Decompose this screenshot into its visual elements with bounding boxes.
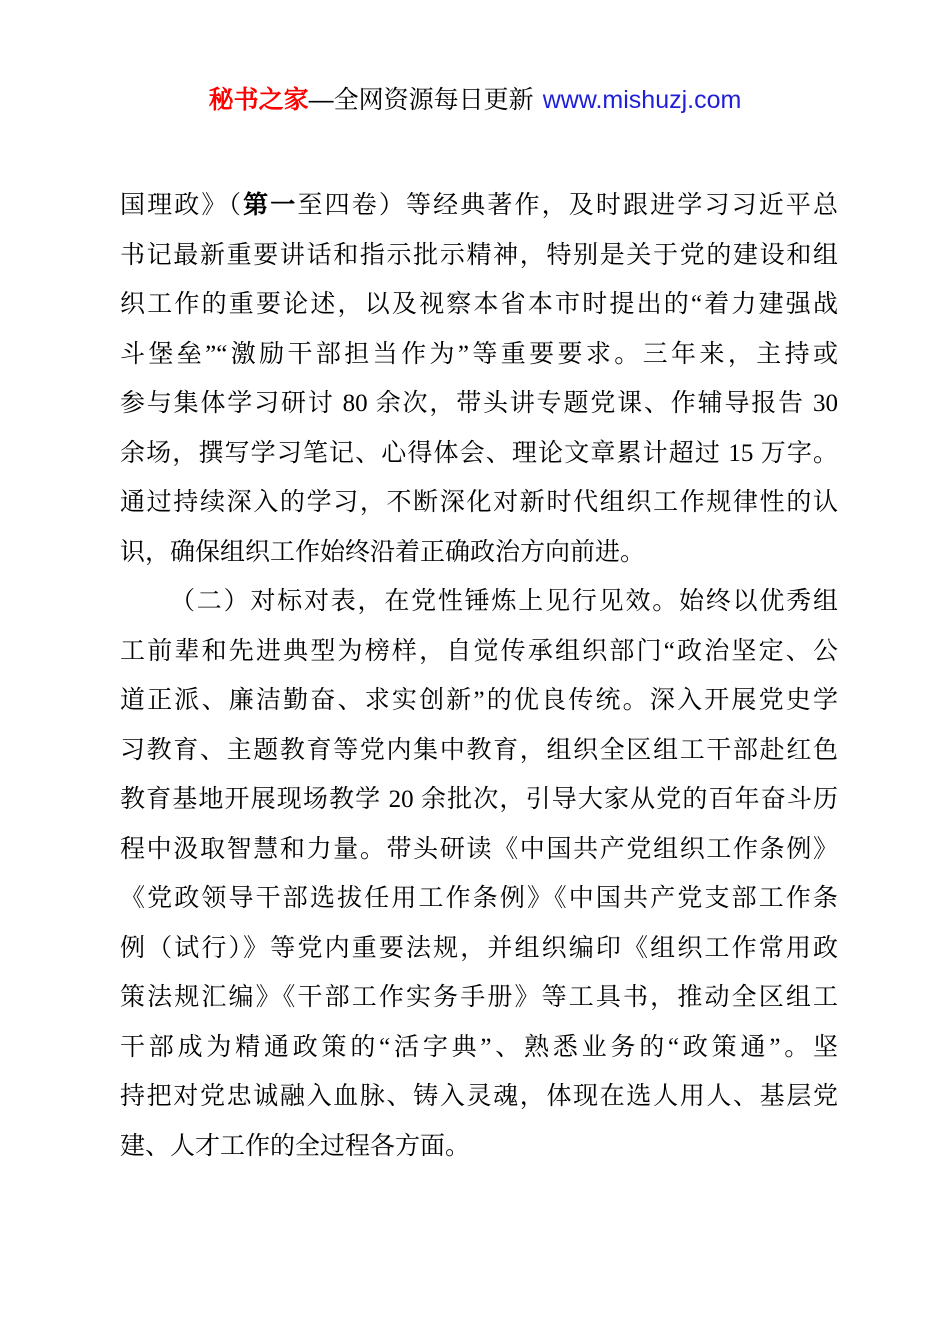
text-segment: 织工作的重要论述，以及视察本省本市时提出的“着力建强战 <box>120 291 838 318</box>
text-line: 例（试行）》等党内重要法规，并组织编印《组织工作常用政 <box>120 924 838 974</box>
text-segment: 参与集体学习研讨 80 余次，带头讲专题党课、作辅导报告 30 <box>120 390 838 417</box>
text-segment: 道正派、廉洁勤奋、求实创新”的优良传统。深入开展党史学 <box>120 687 838 714</box>
text-segment: 至四卷）等经典著作，及时跟进学习习近平总 <box>297 192 838 219</box>
text-segment: 例（试行）》等党内重要法规，并组织编印《组织工作常用政 <box>120 935 838 962</box>
text-line: 织工作的重要论述，以及视察本省本市时提出的“着力建强战 <box>120 280 838 330</box>
text-line: 斗堡垒”“激励干部担当作为”等重要要求。三年来，主持或 <box>120 330 838 380</box>
text-segment: 识，确保组织工作始终沿着正确政治方向前进。 <box>120 539 645 566</box>
text-line: （二）对标对表，在党性锤炼上见行见效。始终以优秀组 <box>120 577 838 627</box>
text-segment: 国理政》（ <box>120 192 243 219</box>
text-line: 《党政领导干部选拔任用工作条例》《中国共产党支部工作条 <box>120 874 838 924</box>
text-line: 习教育、主题教育等党内集中教育，组织全区组工干部赴红色 <box>120 726 838 776</box>
site-url-link[interactable]: www.mishuzj.com <box>543 86 742 114</box>
document-page: 秘书之家—全网资源每日更新www.mishuzj.com 国理政》（第一至四卷）… <box>0 0 950 1344</box>
text-line: 参与集体学习研讨 80 余次，带头讲专题党课、作辅导报告 30 <box>120 379 838 429</box>
text-line: 国理政》（第一至四卷）等经典著作，及时跟进学习习近平总 <box>120 181 838 231</box>
text-line: 识，确保组织工作始终沿着正确政治方向前进。 <box>120 528 838 578</box>
text-segment: 斗堡垒”“激励干部担当作为”等重要要求。三年来，主持或 <box>120 341 838 368</box>
bold-text-segment: 第一 <box>243 192 297 219</box>
text-line: 程中汲取智慧和力量。带头研读《中国共产党组织工作条例》 <box>120 825 838 875</box>
text-line: 书记最新重要讲话和指示批示精神，特别是关于党的建设和组 <box>120 231 838 281</box>
header-tagline: —全网资源每日更新 <box>309 86 534 114</box>
document-body: 国理政》（第一至四卷）等经典著作，及时跟进学习习近平总书记最新重要讲话和指示批示… <box>120 181 838 1171</box>
text-segment: 持把对党忠诚融入血脉、铸入灵魂，体现在选人用人、基层党 <box>120 1083 838 1110</box>
text-line: 工前辈和先进典型为榜样，自觉传承组织部门“政治坚定、公 <box>120 627 838 677</box>
text-segment: 余场，撰写学习笔记、心得体会、理论文章累计超过 15 万字。 <box>120 440 838 467</box>
text-segment: 教育基地开展现场教学 20 余批次，引导大家从党的百年奋斗历 <box>120 786 838 813</box>
text-line: 干部成为精通政策的“活字典”、熟悉业务的“政策通”。坚 <box>120 1023 838 1073</box>
text-line: 教育基地开展现场教学 20 余批次，引导大家从党的百年奋斗历 <box>120 775 838 825</box>
page-header: 秘书之家—全网资源每日更新www.mishuzj.com <box>0 84 950 116</box>
text-line: 持把对党忠诚融入血脉、铸入灵魂，体现在选人用人、基层党 <box>120 1072 838 1122</box>
text-line: 策法规汇编》《干部工作实务手册》等工具书，推动全区组工 <box>120 973 838 1023</box>
text-segment: 通过持续深入的学习，不断深化对新时代组织工作规律性的认 <box>120 489 838 516</box>
text-segment: 干部成为精通政策的“活字典”、熟悉业务的“政策通”。坚 <box>120 1034 838 1061</box>
text-line: 道正派、廉洁勤奋、求实创新”的优良传统。深入开展党史学 <box>120 676 838 726</box>
text-line: 建、人才工作的全过程各方面。 <box>120 1122 838 1172</box>
text-line: 通过持续深入的学习，不断深化对新时代组织工作规律性的认 <box>120 478 838 528</box>
text-line: 余场，撰写学习笔记、心得体会、理论文章累计超过 15 万字。 <box>120 429 838 479</box>
text-segment: 建、人才工作的全过程各方面。 <box>120 1133 470 1160</box>
site-name: 秘书之家 <box>209 86 309 114</box>
text-segment: 策法规汇编》《干部工作实务手册》等工具书，推动全区组工 <box>120 984 838 1011</box>
text-segment: 程中汲取智慧和力量。带头研读《中国共产党组织工作条例》 <box>120 836 838 863</box>
text-segment: 书记最新重要讲话和指示批示精神，特别是关于党的建设和组 <box>120 242 838 269</box>
text-segment: 工前辈和先进典型为榜样，自觉传承组织部门“政治坚定、公 <box>120 638 838 665</box>
text-segment: 习教育、主题教育等党内集中教育，组织全区组工干部赴红色 <box>120 737 838 764</box>
text-segment: 《党政领导干部选拔任用工作条例》《中国共产党支部工作条 <box>120 885 838 912</box>
text-segment: （二）对标对表，在党性锤炼上见行见效。始终以优秀组 <box>170 588 838 615</box>
